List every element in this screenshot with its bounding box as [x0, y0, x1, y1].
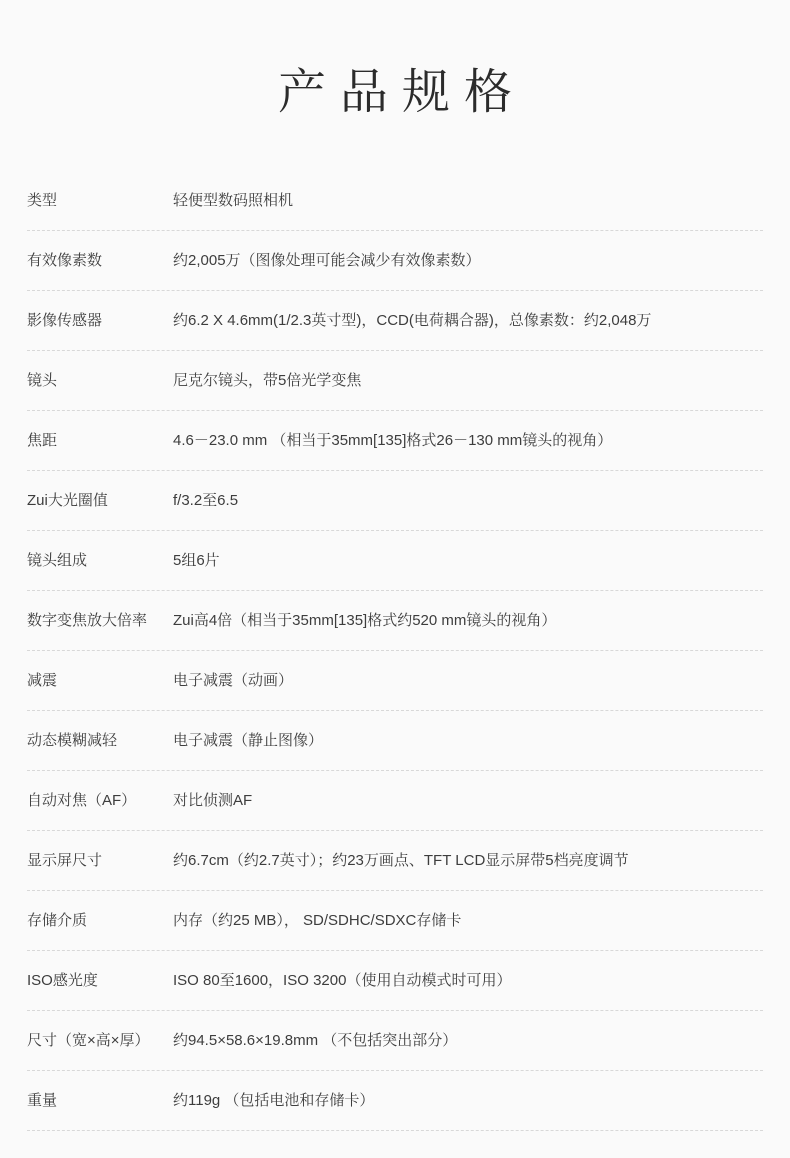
spec-row: 重量 约119g （包括电池和存储卡） [27, 1071, 763, 1131]
spec-row-label: 有效像素数 [27, 250, 173, 271]
spec-row-value: 5组6片 [173, 550, 763, 571]
spec-row-label: 数字变焦放大倍率 [27, 610, 173, 631]
spec-row-label: 镜头组成 [27, 550, 173, 571]
spec-row-label: 尺寸（宽×高×厚） [27, 1030, 173, 1051]
spec-row-value: 约2,005万（图像处理可能会减少有效像素数） [173, 250, 763, 271]
spec-row: 减震 电子减震（动画） [27, 651, 763, 711]
spec-row: 类型 轻便型数码照相机 [27, 171, 763, 231]
spec-row: 存储介质 内存（约25 MB）， SD/SDHC/SDXC存储卡 [27, 891, 763, 951]
spec-row-value: ISO 80至1600，ISO 3200（使用自动模式时可用） [173, 970, 763, 991]
spec-row-label: 动态模糊减轻 [27, 730, 173, 751]
spec-row: 自动对焦（AF） 对比侦测AF [27, 771, 763, 831]
spec-row-value: 约6.2 X 4.6mm(1/2.3英寸型)，CCD(电荷耦合器)，总像素数：约… [173, 310, 763, 331]
spec-row-value: 尼克尔镜头，带5倍光学变焦 [173, 370, 763, 391]
spec-row-value: 4.6－23.0 mm （相当于35mm[135]格式26－130 mm镜头的视… [173, 430, 763, 451]
spec-row-label: 自动对焦（AF） [27, 790, 173, 811]
spec-row-value: f/3.2至6.5 [173, 490, 763, 511]
page-title: 产品规格 [0, 0, 790, 117]
spec-row-value: Zui高4倍（相当于35mm[135]格式约520 mm镜头的视角） [173, 610, 763, 631]
spec-row-label: 镜头 [27, 370, 173, 391]
spec-row-value: 轻便型数码照相机 [173, 190, 763, 211]
spec-row: 镜头 尼克尔镜头，带5倍光学变焦 [27, 351, 763, 411]
spec-row: 焦距 4.6－23.0 mm （相当于35mm[135]格式26－130 mm镜… [27, 411, 763, 471]
spec-row-value: 电子减震（动画） [173, 670, 763, 691]
spec-row-value: 约119g （包括电池和存储卡） [173, 1090, 763, 1111]
spec-row-label: Zui大光圈值 [27, 490, 173, 511]
spec-row-label: 重量 [27, 1090, 173, 1111]
product-spec-page: 产品规格 类型 轻便型数码照相机 有效像素数 约2,005万（图像处理可能会减少… [0, 0, 790, 1158]
spec-row: 尺寸（宽×高×厚） 约94.5×58.6×19.8mm （不包括突出部分） [27, 1011, 763, 1071]
spec-row: 影像传感器 约6.2 X 4.6mm(1/2.3英寸型)，CCD(电荷耦合器)，… [27, 291, 763, 351]
spec-row-label: 减震 [27, 670, 173, 691]
spec-row-label: ISO感光度 [27, 970, 173, 991]
spec-row: 有效像素数 约2,005万（图像处理可能会减少有效像素数） [27, 231, 763, 291]
spec-row: 数字变焦放大倍率 Zui高4倍（相当于35mm[135]格式约520 mm镜头的… [27, 591, 763, 651]
spec-row: 显示屏尺寸 约6.7cm（约2.7英寸）；约23万画点、TFT LCD显示屏带5… [27, 831, 763, 891]
spec-row: 镜头组成 5组6片 [27, 531, 763, 591]
spec-row-value: 约6.7cm（约2.7英寸）；约23万画点、TFT LCD显示屏带5档亮度调节 [173, 850, 763, 871]
spec-row-value: 内存（约25 MB）， SD/SDHC/SDXC存储卡 [173, 910, 763, 931]
spec-row-value: 对比侦测AF [173, 790, 763, 811]
spec-row-value: 电子减震（静止图像） [173, 730, 763, 751]
spec-row-label: 显示屏尺寸 [27, 850, 173, 871]
spec-row-value: 约94.5×58.6×19.8mm （不包括突出部分） [173, 1030, 763, 1051]
spec-row-label: 存储介质 [27, 910, 173, 931]
spec-row: Zui大光圈值 f/3.2至6.5 [27, 471, 763, 531]
spec-row: ISO感光度 ISO 80至1600，ISO 3200（使用自动模式时可用） [27, 951, 763, 1011]
spec-row-label: 焦距 [27, 430, 173, 451]
spec-row-label: 类型 [27, 190, 173, 211]
spec-row-label: 影像传感器 [27, 310, 173, 331]
spec-table: 类型 轻便型数码照相机 有效像素数 约2,005万（图像处理可能会减少有效像素数… [27, 171, 763, 1131]
spec-row: 动态模糊减轻 电子减震（静止图像） [27, 711, 763, 771]
